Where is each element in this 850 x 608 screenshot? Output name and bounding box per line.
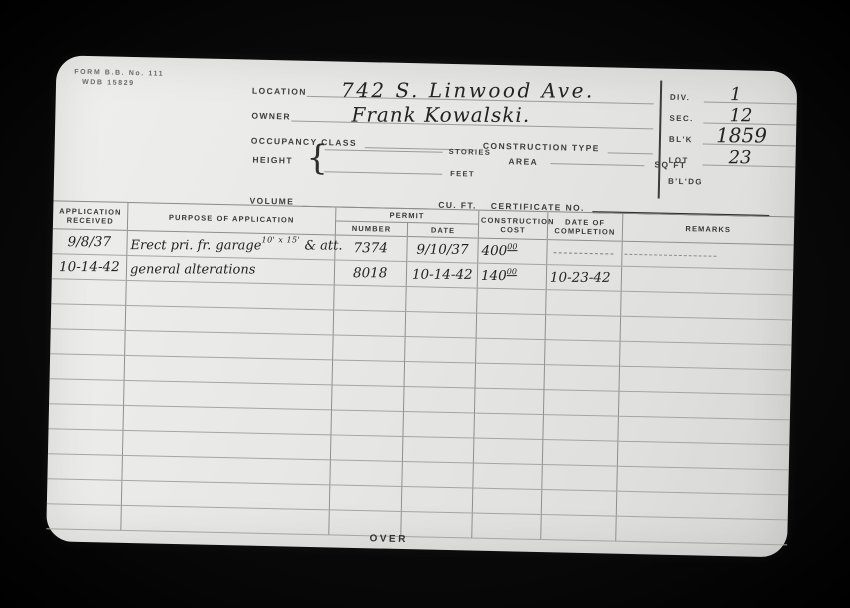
- cell-permit-number: 8018: [334, 260, 407, 287]
- div-value: 1: [730, 84, 741, 105]
- feet-underline: [324, 171, 442, 175]
- cell-cost: 40000: [478, 238, 548, 265]
- application-table: APPLICATION RECEIVED PURPOSE OF APPLICAT…: [46, 200, 794, 545]
- cell-remarks: [621, 266, 793, 295]
- lot-label: LOT: [668, 156, 702, 166]
- sec-label: SEC.: [669, 114, 703, 124]
- height-label: HEIGHT: [252, 155, 293, 166]
- form-number-line2: WDB 15829: [74, 78, 164, 90]
- cell-remarks: [621, 241, 793, 270]
- bldg-label: B'L'DG: [668, 177, 702, 187]
- blk-label: BL'K: [669, 135, 703, 145]
- div-underline: 1: [704, 88, 797, 104]
- header-construction-cost: CONSTRUCTION COST: [478, 210, 548, 240]
- height-brace: {: [306, 141, 328, 175]
- dimension-note: 10' x 15': [262, 235, 301, 244]
- blk-value: 1859: [716, 123, 767, 147]
- area-underline: [550, 163, 644, 166]
- parcel-row-div: DIV. 1: [670, 81, 797, 105]
- blk-underline: 1859: [703, 130, 796, 146]
- construction-type-underline: [608, 139, 653, 154]
- cell-received: 10-14-42: [52, 254, 127, 281]
- header-date-of-completion: DATE OF COMPLETION: [548, 212, 623, 242]
- lot-underline: 23: [702, 151, 795, 167]
- stories-underline: [325, 149, 443, 153]
- lot-value: 23: [729, 147, 752, 168]
- stories-label: STORIES: [449, 147, 492, 157]
- parcel-box: DIV. 1 SEC. 12 BL'K 1859 LOT 23 B'L'DG: [658, 81, 798, 202]
- header-permit-number: NUMBER: [335, 221, 408, 237]
- parcel-row-bldg: B'L'DG: [668, 165, 795, 189]
- parcel-row-blk: BL'K 1859: [669, 123, 796, 147]
- header-permit-date: DATE: [408, 223, 479, 239]
- form-number: FORM B.B. No. 111 WDB 15829: [74, 68, 164, 90]
- permit-index-card: FORM B.B. No. 111 WDB 15829 LOCATION 742…: [46, 55, 797, 557]
- cell-received: 9/8/37: [52, 229, 127, 256]
- cell-completion: 10-23-42: [547, 265, 622, 292]
- owner-value: Frank Kowalski.: [351, 103, 530, 127]
- location-label: LOCATION: [252, 86, 307, 97]
- header-remarks: REMARKS: [622, 213, 795, 245]
- area-label: AREA: [508, 156, 538, 167]
- header-purpose: PURPOSE OF APPLICATION: [128, 202, 336, 235]
- cell-permit-date: 9/10/37: [407, 237, 478, 264]
- header-application-received: APPLICATION RECEIVED: [53, 201, 128, 231]
- cell-permit-date: 10-14-42: [407, 262, 478, 289]
- div-label: DIV.: [670, 93, 704, 103]
- parcel-row-sec: SEC. 12: [669, 102, 796, 126]
- cell-cost: 14000: [477, 263, 547, 290]
- owner-label: OWNER: [251, 111, 291, 122]
- cell-permit-number: 7374: [335, 235, 408, 262]
- owner-underline: Frank Kowalski.: [291, 107, 654, 129]
- parcel-row-lot: LOT 23: [668, 144, 795, 168]
- feet-label: FEET: [450, 169, 475, 179]
- cell-completion: [547, 240, 622, 267]
